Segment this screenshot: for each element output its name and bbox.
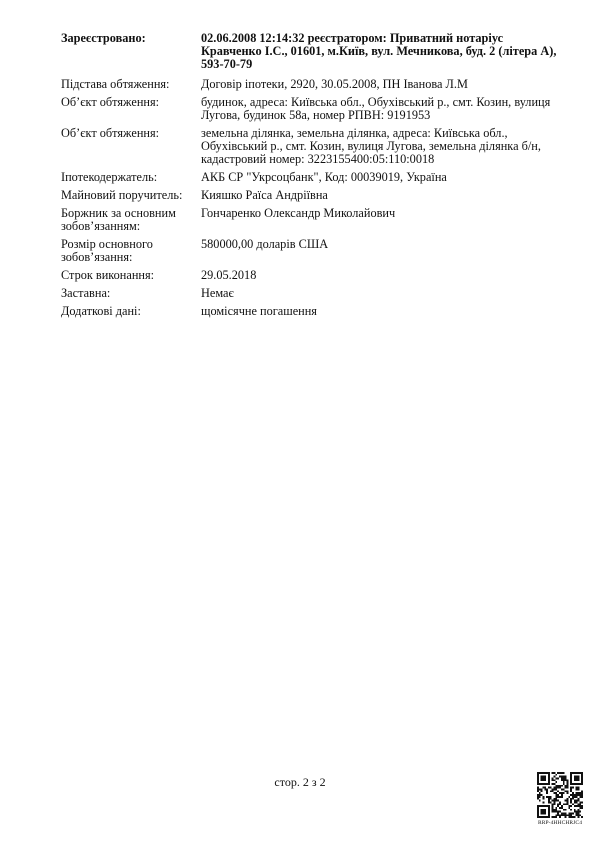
field-row-object-land: Об’єкт обтяження: земельна ділянка, земе… <box>61 127 561 166</box>
field-row-term: Строк виконання: 29.05.2018 <box>61 269 561 282</box>
registration-row: Зареєстровано: 02.06.2008 12:14:32 реєст… <box>61 32 561 71</box>
field-row-object-house: Об’єкт обтяження: будинок, адреса: Київс… <box>61 96 561 122</box>
field-row-debtor: Боржник за основним зобов’язанням: Гонча… <box>61 207 561 233</box>
page-number: стор. 2 з 2 <box>0 776 600 789</box>
field-value: Договір іпотеки, 2920, 30.05.2008, ПН Ів… <box>201 78 561 91</box>
field-label: Строк виконання: <box>61 269 201 282</box>
field-value: Немає <box>201 287 561 300</box>
field-label: Майновий поручитель: <box>61 189 201 202</box>
field-label: Розмір основного зобов’язання: <box>61 238 201 264</box>
field-row-basis: Підстава обтяження: Договір іпотеки, 292… <box>61 78 561 91</box>
field-value: земельна ділянка, земельна ділянка, адре… <box>201 127 561 166</box>
registration-value: 02.06.2008 12:14:32 реєстратором: Приват… <box>201 32 561 71</box>
field-row-guarantor: Майновий поручитель: Кияшко Раїса Андрії… <box>61 189 561 202</box>
field-label: Іпотекодержатель: <box>61 171 201 184</box>
field-row-additional-info: Додаткові дані: щомісячне погашення <box>61 305 561 318</box>
field-row-pledge-note: Заставна: Немає <box>61 287 561 300</box>
field-value: щомісячне погашення <box>201 305 561 318</box>
field-value: АКБ СР "Укрсоцбанк", Код: 00039019, Укра… <box>201 171 561 184</box>
field-value: 580000,00 доларів США <box>201 238 561 251</box>
field-label: Об’єкт обтяження: <box>61 127 201 140</box>
field-label: Підстава обтяження: <box>61 78 201 91</box>
qr-code-icon <box>537 772 583 818</box>
field-label: Об’єкт обтяження: <box>61 96 201 109</box>
encumbrance-record: Зареєстровано: 02.06.2008 12:14:32 реєст… <box>61 32 561 323</box>
field-row-amount: Розмір основного зобов’язання: 580000,00… <box>61 238 561 264</box>
field-value: Гончаренко Олександр Миколайович <box>201 207 561 220</box>
field-value: 29.05.2018 <box>201 269 561 282</box>
qr-block: RRP-4HHCHRJC4 <box>534 772 586 827</box>
field-label: Заставна: <box>61 287 201 300</box>
field-value: Кияшко Раїса Андріївна <box>201 189 561 202</box>
field-label: Боржник за основним зобов’язанням: <box>61 207 201 233</box>
field-label: Додаткові дані: <box>61 305 201 318</box>
field-value: будинок, адреса: Київська обл., Обухівсь… <box>201 96 561 122</box>
field-row-mortgagee: Іпотекодержатель: АКБ СР "Укрсоцбанк", К… <box>61 171 561 184</box>
qr-code-id: RRP-4HHCHRJC4 <box>534 820 586 827</box>
registration-label: Зареєстровано: <box>61 32 201 45</box>
